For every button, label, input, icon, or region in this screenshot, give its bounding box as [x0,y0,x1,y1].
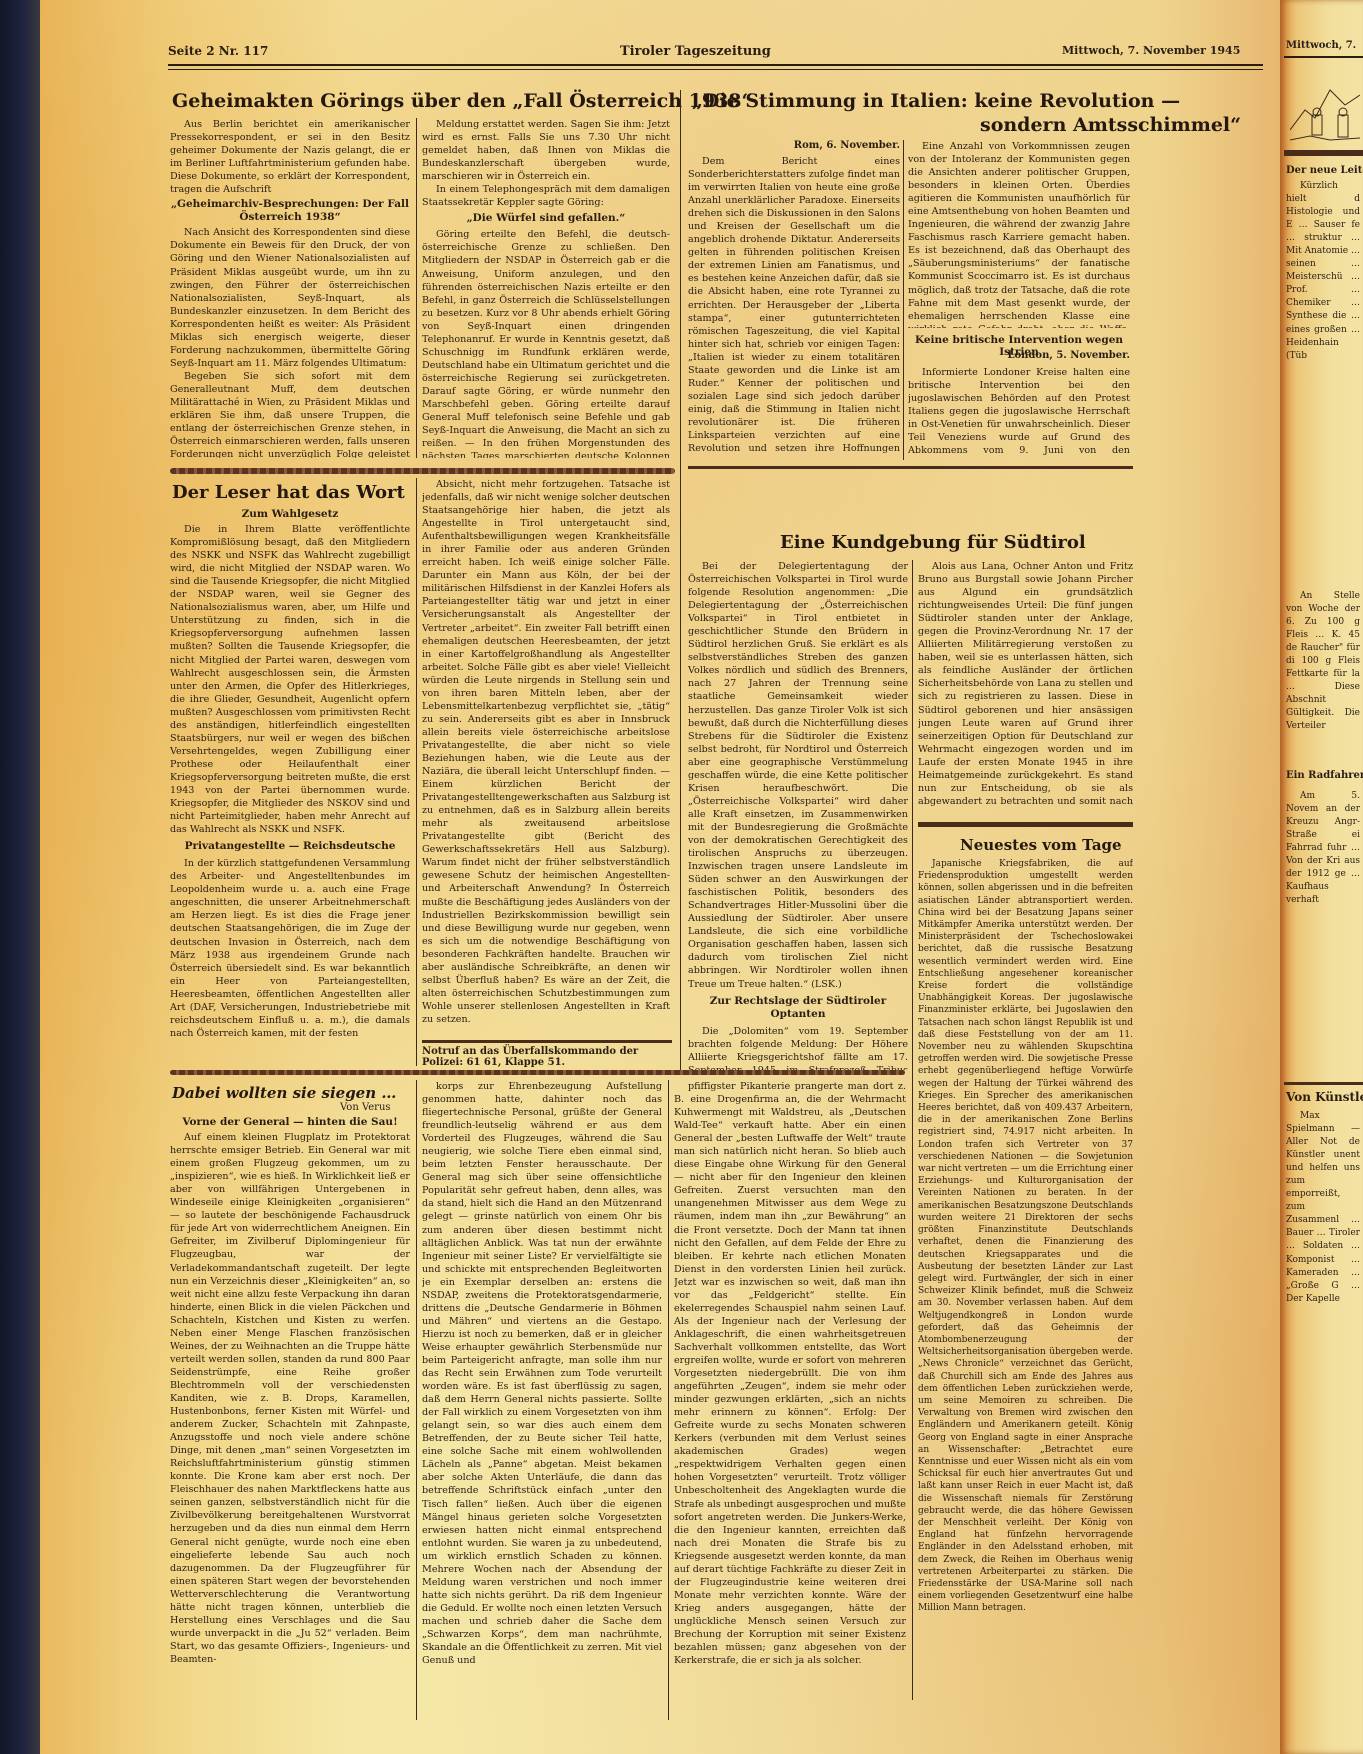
paragraph: pfiffigster Pikanterie prangerte man dor… [674,1080,906,1667]
article-siegen-col1: Vorne der General — hinten die Sau! Auf … [170,1116,410,1726]
adjacent-header-rule [1284,56,1363,61]
column-rule [416,478,417,1066]
adjacent-text: Kürzlich hielt d Histologie und E … Saus… [1286,180,1360,560]
paragraph: Dem Bericht eines Sonderberichterstatter… [688,155,900,455]
adjacent-text: An Stelle von Woche der 6. Zu 100 g Flei… [1286,590,1360,730]
paragraph: Eine Anzahl von Vorkommnissen zeugen von… [908,140,1130,328]
headline-leser: Der Leser hat das Wort [172,482,405,503]
paragraph: Aus Berlin berichtet ein amerikanischer … [170,118,410,196]
dateline-rom: Rom, 6. November. [740,140,900,151]
notice-rule [422,1040,672,1043]
adjacent-divider [1284,1082,1363,1085]
paragraph: korps zur Ehrenbezeugung Aufstellung gen… [422,1080,662,1667]
article-leser-col2: Absicht, nicht mehr fortzugehen. Tatsach… [422,478,670,1038]
subheading: Vorne der General — hinten die Sau! [170,1116,410,1129]
paragraph: Auf einem kleinen Flugplatz im Protektor… [170,1131,410,1666]
headline-goering: Geheimakten Görings über den „Fall Öster… [172,90,752,112]
byline: Von Verus [340,1102,391,1113]
paragraph: Am 5. Novem an der Kreuzu Angr-Straße ei… [1286,790,1360,907]
paragraph: Göring erteilte den Befehl, die deutsch-… [422,228,670,458]
article-italien-col1: Dem Bericht eines Sonderberichterstatter… [688,155,900,455]
subheading: „Die Würfel sind gefallen.“ [422,212,670,225]
adjacent-headline: Der neue Leite [1286,165,1363,176]
column-rule [416,1080,417,1720]
article-suedtirol-col2: Alois aus Lana, Ochner Anton und Fritz B… [918,560,1133,810]
adjacent-page-edge: Mittwoch, 7. Der neue Leite Kürzlich hie… [1280,0,1363,1754]
subheading: Privatangestellte — Reichsdeutsche [170,840,410,853]
subheading: Zum Wahlgesetz [170,508,410,521]
article-neuestes: Japanische Kriegsfabriken, die auf Fried… [918,858,1133,1738]
paragraph: Nach Ansicht des Korrespondenten sind di… [170,226,410,370]
masthead: Tiroler Tageszeitung [620,44,771,59]
adjacent-divider [1284,150,1363,156]
paragraph: Die in Ihrem Blatte veröffentlichte Komp… [170,523,410,836]
column-rule [680,90,681,1070]
column-rule [903,140,904,460]
article-italien-col2: Eine Anzahl von Vorkommnissen zeugen von… [908,140,1130,328]
paragraph: Max Spielmann — Aller Not de Künstler un… [1286,1110,1360,1306]
column-rule [416,118,417,458]
headline-neuestes: Neuestes vom Tage [960,836,1122,854]
adjacent-text: Am 5. Novem an der Kreuzu Angr-Straße ei… [1286,790,1360,1070]
newspaper-page: Seite 2 Nr. 117 Tiroler Tageszeitung Mit… [40,0,1280,1754]
headline-italien-1: „Die Stimmung in Italien: keine Revoluti… [692,90,1180,112]
paragraph: Die „Dolomiten“ vom 19. September bracht… [688,1025,908,1070]
article-intervention: Informierte Londoner Kreise halten eine … [908,366,1130,458]
header-rule [168,64,1263,70]
paragraph: Absicht, nicht mehr fortzugehen. Tatsach… [422,478,670,1026]
article-siegen-col2: korps zur Ehrenbezeugung Aufstellung gen… [422,1080,662,1730]
article-siegen-col3: pfiffigster Pikanterie prangerte man dor… [674,1080,906,1730]
paragraph: Meldung erstattet werden. Sagen Sie ihm:… [422,118,670,183]
headline-siegen: Dabei wollten sie siegen … [172,1084,396,1102]
police-notice: Notruf an das Überfallskommando der Poli… [422,1046,672,1068]
article-suedtirol-col1: Bei der Delegiertentagung der Österreich… [688,560,908,1070]
article-goering-col1: Aus Berlin berichtet ein amerikanischer … [170,118,410,458]
subheading: Zur Rechtslage der Südtiroler Optanten [688,995,908,1021]
adjacent-headline: Von Künstle [1286,1090,1363,1104]
mountain-church-illustration-icon [1290,70,1360,150]
headline-italien-2: sondern Amtsschimmel“ [980,114,1241,136]
paragraph: Japanische Kriegsfabriken, die auf Fried… [918,858,1133,1615]
adjacent-headline: Ein Radfahrer [1286,770,1363,781]
paragraph: In einem Telephongespräch mit dem damali… [422,183,670,209]
section-divider [170,468,675,474]
paragraph: Kürzlich hielt d Histologie und E … Saus… [1286,180,1360,363]
section-divider [688,466,1133,469]
section-divider [918,822,1133,827]
column-rule [668,1080,669,1720]
subheading: „Geheimarchiv-Besprechungen: Der Fall Ös… [170,198,410,224]
paragraph: Begeben Sie sich sofort mit dem Generall… [170,370,410,458]
article-goering-col2: Meldung erstattet werden. Sagen Sie ihm:… [422,118,670,458]
section-divider [170,1070,905,1075]
article-leser-col1: Zum Wahlgesetz Die in Ihrem Blatte veröf… [170,508,410,1060]
column-rule [912,560,913,1700]
headline-suedtirol: Eine Kundgebung für Südtirol [780,532,1086,553]
paragraph: Alois aus Lana, Ochner Anton und Fritz B… [918,560,1133,810]
paragraph: In der kürzlich stattgefundenen Versamml… [170,857,410,1040]
adjacent-text: Max Spielmann — Aller Not de Künstler un… [1286,1110,1360,1730]
book-binding [0,0,40,1754]
page-number: Seite 2 Nr. 117 [168,44,268,58]
paragraph: An Stelle von Woche der 6. Zu 100 g Flei… [1286,590,1360,730]
paragraph: Informierte Londoner Kreise halten eine … [908,366,1130,458]
dateline-london: London, 5. November. [908,350,1130,361]
issue-date: Mittwoch, 7. November 1945 [1062,44,1240,57]
paragraph: Bei der Delegiertentagung der Österreich… [688,560,908,991]
adjacent-date: Mittwoch, 7. [1286,40,1356,51]
